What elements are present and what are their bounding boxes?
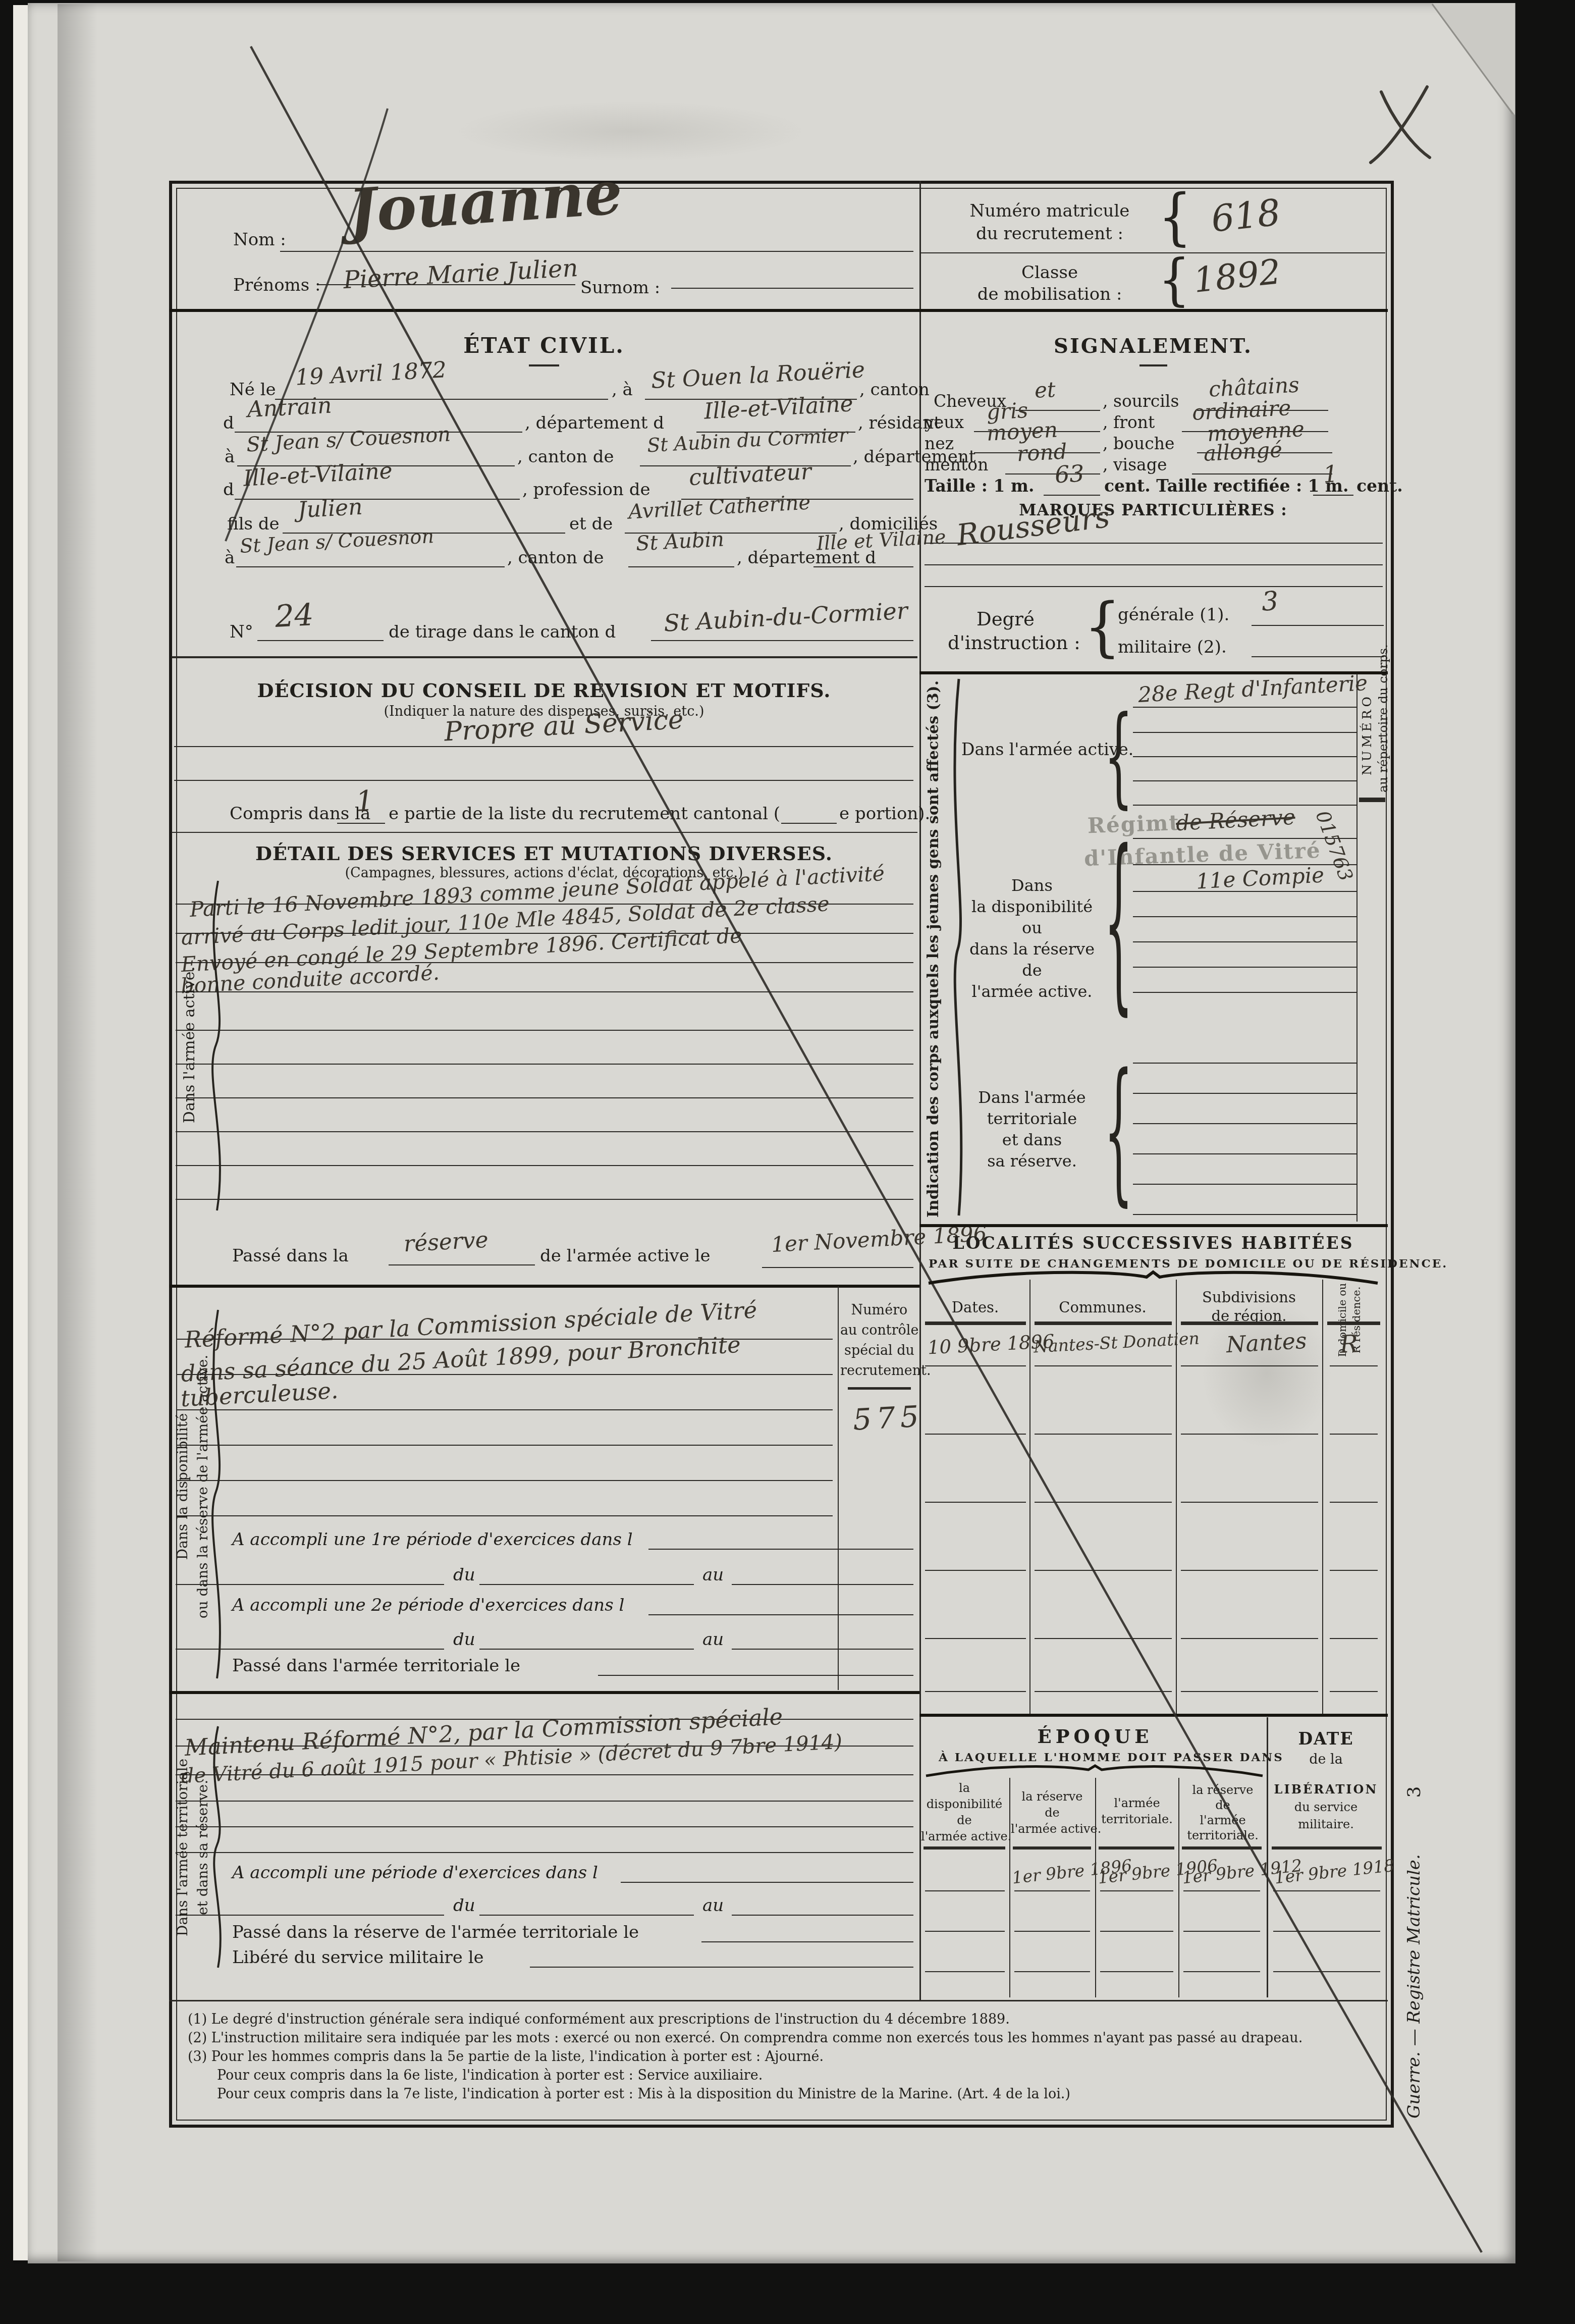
rule-line [1313, 495, 1353, 496]
periode-terr-label: A accompli une période d'exercices dans … [232, 1863, 598, 1883]
localites-subtitle: PAR SUITE DE CHANGEMENTS DE DOMICILE OU … [929, 1257, 1378, 1271]
regiment-stamp: Régimt [1087, 810, 1180, 838]
rule-line [172, 832, 917, 833]
controle-value: 575 [852, 1399, 925, 1437]
canton-label: , canton [859, 380, 930, 400]
rule-line [1133, 941, 1357, 942]
a3-label: à [225, 548, 235, 568]
matricule-value: 618 [1209, 191, 1282, 240]
corps-dispo-label-3: ou [961, 918, 1103, 937]
rule-line [628, 566, 734, 567]
rule-line [176, 1131, 913, 1132]
degre-generale-label: générale (1). [1118, 605, 1229, 625]
rule-line [1183, 1890, 1260, 1891]
rule-line [925, 1502, 1026, 1503]
header-underline [1099, 1846, 1174, 1850]
rule-line [1133, 780, 1357, 781]
rule-line [1183, 1971, 1260, 1972]
canton-value: Antrain [247, 393, 333, 423]
brace-glyph: { [1158, 252, 1190, 308]
du2-label: du [453, 1629, 475, 1650]
brace-glyph: { [1084, 595, 1121, 659]
signalement-title: SIGNALEMENT. [1002, 334, 1305, 358]
rule-line [1330, 1434, 1378, 1435]
epoque-col1-header-3: de [921, 1813, 1008, 1827]
rule-line [1035, 1502, 1172, 1503]
rule-line [1330, 1638, 1378, 1639]
rule-line [1133, 864, 1357, 865]
rule-line [1181, 1691, 1318, 1692]
repertoire-tick [1359, 798, 1385, 802]
rule-line [1181, 1638, 1318, 1639]
binding-crease [58, 4, 98, 2261]
departement-label: , département d [525, 413, 664, 433]
table-divider [1322, 1280, 1323, 1714]
canton-de2-label: , canton de [507, 548, 604, 568]
localite-subdivision-value: Nantes [1226, 1328, 1308, 1358]
services-title: DÉTAIL DES SERVICES ET MUTATIONS DIVERSE… [216, 842, 872, 865]
rule-line [177, 1515, 833, 1516]
bouche-label: , bouche [1103, 434, 1175, 453]
classe-label-2: de mobilisation : [944, 284, 1156, 304]
rule-line [813, 566, 913, 567]
rule-line [781, 823, 837, 824]
rule-line [479, 1649, 694, 1650]
compris-label-2: e partie de la liste du recrutement cant… [389, 804, 780, 824]
epoque-subtitle: À LAQUELLE L'HOMME DOIT PASSER DANS [939, 1751, 1252, 1764]
header-underline [1035, 1322, 1172, 1325]
rule-line [236, 566, 505, 567]
decision-title: DÉCISION DU CONSEIL DE REVISION ET MOTIF… [216, 679, 872, 702]
rule-line [1252, 656, 1384, 657]
epoque-col3-header-2: territoriale. [1097, 1812, 1177, 1826]
localites-title: LOCALITÉS SUCCESSIVES HABITÉES [929, 1233, 1378, 1253]
header-underline [1272, 1846, 1382, 1850]
degre-militaire-label: militaire (2). [1118, 637, 1227, 657]
yeux-label: yeux [925, 412, 964, 432]
rule-line [1035, 1434, 1172, 1435]
rule-line [848, 1387, 911, 1390]
rule-line [176, 1826, 913, 1827]
rule-line [1192, 473, 1332, 474]
visage-label: , visage [1103, 455, 1167, 474]
rule-line [1133, 756, 1357, 757]
sidebar-label-disponibilite: Dans la disponibilité [174, 1302, 191, 1671]
header-underline [1181, 1322, 1318, 1325]
epoque-col2-header-3: l'armée active. [1011, 1822, 1094, 1836]
date-liberation-sub: de la [1269, 1752, 1383, 1767]
epoque-col5-header-2: du service [1269, 1800, 1383, 1814]
taille-rectifiee-value: 1 [1323, 460, 1339, 488]
sidebar-label-disponibilite-2: ou dans la réserve de l'armée active. [194, 1302, 211, 1671]
rule-line [530, 1967, 913, 1968]
corps-dispo-label-6: l'armée active. [961, 982, 1103, 1001]
surnom-label: Surnom : [580, 278, 660, 298]
rule-line [176, 991, 913, 992]
brace-glyph: { [1158, 187, 1192, 248]
du-label: du [453, 1565, 475, 1585]
corps-terr-label-3: et dans [961, 1130, 1103, 1149]
matricule-label-2: du recrutement : [944, 224, 1156, 244]
rule-line [925, 1691, 1026, 1692]
epoque-col1-header: la [921, 1781, 1008, 1795]
degre-generale-value: 3 [1261, 586, 1279, 617]
rule-line [1273, 1931, 1380, 1932]
periode2-label: A accompli une 2e période d'exercices da… [232, 1595, 624, 1615]
rule-line [1330, 1365, 1378, 1366]
rule-line [479, 1584, 694, 1585]
fils-de-label: fils de [227, 514, 280, 534]
rule-line [925, 543, 1383, 544]
father-name-value: Julien [297, 494, 363, 523]
rule-line [1330, 1691, 1378, 1692]
rule-line [177, 1374, 833, 1375]
header-underline [1182, 1846, 1262, 1850]
degre-label-2: d'instruction : [948, 632, 1080, 654]
passe-reserve-terr-label: Passé dans la réserve de l'armée territo… [232, 1922, 639, 1942]
table-divider [1178, 1778, 1179, 1997]
rule-line [925, 1931, 1005, 1932]
footnote-2: (2) L'instruction militaire sera indiqué… [188, 2030, 1302, 2046]
rule-line [1252, 625, 1384, 626]
rule-line [621, 1882, 913, 1883]
rule-line [701, 1941, 913, 1942]
de-label: d [223, 413, 234, 433]
rule-line [1133, 1063, 1357, 1064]
cheveux-value: et [1034, 377, 1056, 403]
rule-line [925, 1570, 1026, 1571]
rule-line [1035, 1691, 1172, 1692]
header-underline [1013, 1846, 1091, 1850]
corps-dispo-label-5: de [961, 961, 1103, 980]
rule-line [1035, 1365, 1172, 1366]
compris-label-3: e portion). [839, 804, 930, 824]
section-divider [919, 1224, 1388, 1227]
epoque-col5-header: LIBÉRATION [1269, 1782, 1383, 1797]
epoque-col2-header: la réserve [1011, 1789, 1094, 1804]
rule-line [1005, 473, 1100, 474]
taille-label: Taille : 1 m. [925, 476, 1034, 496]
rule-line [176, 962, 913, 963]
rule-line [925, 586, 1383, 587]
corps-terr-label-4: sa réserve. [961, 1151, 1103, 1171]
passe-reserve-label-2: de l'armée active le [540, 1246, 711, 1266]
rule-line [1133, 891, 1357, 892]
margin-registre-label: Guerre. — Registre Matricule. [1404, 1830, 1424, 2143]
epoque-col3-header: l'armée [1097, 1796, 1177, 1810]
rule-line [1133, 838, 1357, 839]
rule-line [176, 1649, 444, 1650]
rule-line [1133, 916, 1357, 917]
localite-dr-value: R [1339, 1330, 1359, 1359]
visage-value: allongé [1203, 437, 1283, 466]
rule-line [1014, 1890, 1090, 1891]
header-underline [1327, 1322, 1380, 1325]
rule-line [177, 1409, 833, 1410]
corps-vertical-label: Indication des corps auxquels les jeunes… [925, 679, 942, 1219]
a2-label: à [225, 447, 235, 467]
table-divider [1267, 1717, 1268, 1997]
rule-line [176, 1915, 444, 1916]
rule-line [172, 656, 917, 658]
rule-line [1330, 1570, 1378, 1571]
epoque-col1-header-4: l'armée active. [921, 1829, 1008, 1843]
rule-line [1014, 1971, 1090, 1972]
front-label: , front [1103, 412, 1155, 432]
taille-value: 63 [1054, 460, 1085, 489]
rule-line [1133, 1153, 1357, 1154]
rule-line [280, 251, 913, 252]
rule-line [176, 1165, 913, 1166]
epoque-col1-header-2: disponibilité [921, 1797, 1008, 1811]
footnote-3: (3) Pour les hommes compris dans la 5e p… [188, 2049, 824, 2065]
rule-line [1133, 732, 1357, 733]
epoque-col4-header-3: l'armée [1180, 1813, 1266, 1827]
rule-line [1035, 1638, 1172, 1639]
rule-line [1181, 1502, 1318, 1503]
table-divider [1009, 1778, 1010, 1997]
rule-line [176, 1584, 444, 1585]
rule-line [1100, 1931, 1173, 1932]
canton-de-label: , canton de [517, 447, 614, 467]
rule-line [479, 1915, 694, 1916]
rule-line [1273, 1890, 1380, 1891]
et-de-label: et de [569, 514, 613, 534]
epoque-col4-header: la réserve [1180, 1783, 1266, 1797]
corps-dispo-label-4: dans la réserve [961, 939, 1103, 959]
epoque-col2-header-2: de [1011, 1806, 1094, 1820]
rule-line [598, 1675, 913, 1676]
rule-line [257, 640, 384, 641]
compris-value: 1 [355, 784, 374, 818]
rule-line [732, 1915, 913, 1916]
epoque-col4-header-2: de [1180, 1798, 1266, 1812]
cent-label: cent. [1356, 476, 1403, 496]
rule-line [648, 1614, 913, 1615]
profession-label: , profession de [522, 480, 650, 500]
a-label: , à [612, 380, 633, 400]
periode1-label: A accompli une 1re période d'exercices d… [232, 1529, 633, 1550]
header-underline [924, 1846, 1005, 1850]
au3-label: au [702, 1895, 724, 1916]
au-label: au [702, 1565, 724, 1585]
rule-line [921, 252, 1385, 253]
epoque-col5-header-3: militaire. [1269, 1817, 1383, 1831]
rule-line [1014, 1931, 1090, 1932]
corps-active-label: Dans l'armée active. [961, 740, 1103, 759]
rule-line [925, 1971, 1005, 1972]
numero-repertoire-label-2: au répertoire du corps. [1376, 676, 1390, 793]
taille-rectifiee-label: cent. Taille rectifiée : 1 m. [1104, 476, 1348, 496]
controle-label-3: spécial du [840, 1343, 918, 1358]
rule-line [1133, 707, 1357, 708]
footnote-5: Pour ceux compris dans la 7e liste, l'in… [217, 2086, 1070, 2102]
section-divider [169, 1691, 919, 1694]
margin-page-number: 3 [1404, 1777, 1425, 1807]
tirage-no-label: N° [230, 622, 253, 642]
rule-line [176, 1097, 913, 1098]
controle-label: Numéro [840, 1302, 918, 1318]
rule-line [176, 1064, 913, 1065]
rule-line [1330, 1502, 1378, 1503]
rule-line [1133, 967, 1357, 968]
rule-line [925, 1365, 1026, 1366]
rule-line [671, 288, 913, 289]
footnote-4: Pour ceux compris dans la 6e liste, l'in… [217, 2068, 763, 2083]
rule-line [1044, 495, 1100, 496]
rule-line [925, 1890, 1005, 1891]
rule-line [1273, 1971, 1380, 1972]
rule-line [1133, 1093, 1357, 1094]
rule-line [648, 1549, 913, 1550]
rule-line [1181, 1434, 1318, 1435]
sidebar-label-armee-active: Dans l'armée active. [181, 878, 198, 1211]
d2-label: d [223, 480, 234, 500]
rule-line [177, 1445, 833, 1446]
passe-reserve-label: Passé dans la [232, 1246, 349, 1266]
rule-line [732, 1649, 913, 1650]
brace-glyph: { [1104, 703, 1133, 812]
rule-line [651, 640, 913, 641]
du3-label: du [453, 1895, 475, 1916]
degre-label: Degré [976, 608, 1035, 630]
rule-line [1133, 805, 1357, 806]
rule-line [762, 1267, 913, 1268]
au2-label: au [702, 1629, 724, 1650]
rule-line [1133, 1184, 1357, 1185]
corps-dispo-label-2: la disponibilité [961, 897, 1103, 916]
rule-line [1100, 1890, 1173, 1891]
rule-line [1015, 410, 1100, 411]
sidebar-label-territoriale: Dans l'armée territoriale [174, 1724, 191, 1971]
libere-label: Libéré du service militaire le [232, 1947, 484, 1968]
compris-label: Compris dans la [230, 804, 370, 824]
corps-dispo-label: Dans [961, 876, 1103, 895]
corps-terr-label: Dans l'armée [961, 1088, 1103, 1107]
rule-line [174, 780, 913, 781]
section-divider [169, 309, 1388, 312]
rule-line [174, 746, 913, 747]
passe-territoriale-label: Passé dans l'armée territoriale le [232, 1656, 520, 1676]
rule-line [1181, 1570, 1318, 1571]
col-communes-header: Communes. [1032, 1299, 1173, 1316]
rule-line [176, 1030, 913, 1031]
rule-line [1100, 1971, 1173, 1972]
passe-reserve-value: réserve [403, 1227, 489, 1257]
menton-label: menton [925, 455, 988, 474]
rule-line [176, 1852, 913, 1853]
tirage-text: de tirage dans le canton d [389, 622, 616, 642]
nez-label: nez [925, 434, 954, 453]
parents-canton-value: St Aubin [635, 527, 725, 555]
rule-line [318, 284, 575, 285]
section-divider [919, 1714, 1388, 1717]
rule-line [177, 1480, 833, 1481]
rule-line [1133, 1214, 1357, 1215]
rule-line [235, 499, 520, 500]
col-dates-header: Dates. [924, 1299, 1027, 1316]
rule-line [176, 1774, 913, 1775]
rule-line [925, 1638, 1026, 1639]
epoque-title: ÉPOQUE [939, 1725, 1252, 1748]
rule-line [389, 1264, 535, 1265]
footnote-1: (1) Le degré d'instruction générale sera… [188, 2012, 1010, 2027]
title-underline [1139, 364, 1167, 366]
controle-box-divider [838, 1286, 839, 1690]
rule-line [1183, 1931, 1260, 1932]
classe-label: Classe [944, 262, 1156, 283]
section-divider [169, 1285, 919, 1288]
rule-line [1181, 1365, 1318, 1366]
rule-line [925, 1434, 1026, 1435]
rule-line [1133, 992, 1357, 993]
table-divider [1095, 1778, 1096, 1997]
epoque-col4-header-4: territoriale. [1180, 1828, 1266, 1842]
etat-civil-title: ÉTAT CIVIL. [393, 333, 695, 358]
corps-terr-label-2: territoriale [961, 1109, 1103, 1128]
prenoms-label: Prénoms : [233, 275, 321, 295]
rule-line [337, 823, 385, 824]
rule-line [176, 1801, 913, 1802]
matricule-label: Numéro matricule [944, 201, 1156, 221]
title-underline [529, 364, 559, 366]
controle-label-2: au contrôle [840, 1323, 918, 1338]
footnote-divider [169, 2000, 1388, 2001]
rule-line [1035, 1570, 1172, 1571]
col-subdivisions-header: Subdivisions [1178, 1289, 1320, 1306]
sourcils-label: , sourcils [1103, 391, 1179, 411]
controle-label-4: recrutement. [840, 1363, 918, 1379]
rule-line [176, 1199, 913, 1200]
nom-label: Nom : [233, 230, 286, 250]
header-underline [925, 1322, 1026, 1325]
date-liberation-title: DATE [1269, 1729, 1383, 1749]
brace-glyph: { [1104, 828, 1133, 1019]
rule-line [925, 564, 1383, 565]
brace-glyph: { [1104, 1055, 1133, 1209]
sidebar-label-territoriale-2: et dans sa réserve. [194, 1724, 211, 1971]
rule-line [1133, 1123, 1357, 1124]
scanned-register-page: Nom : Jouanne Prénoms : Pierre Marie Jul… [0, 0, 1575, 2324]
rule-line [732, 1584, 913, 1585]
tirage-no-value: 24 [274, 597, 314, 635]
